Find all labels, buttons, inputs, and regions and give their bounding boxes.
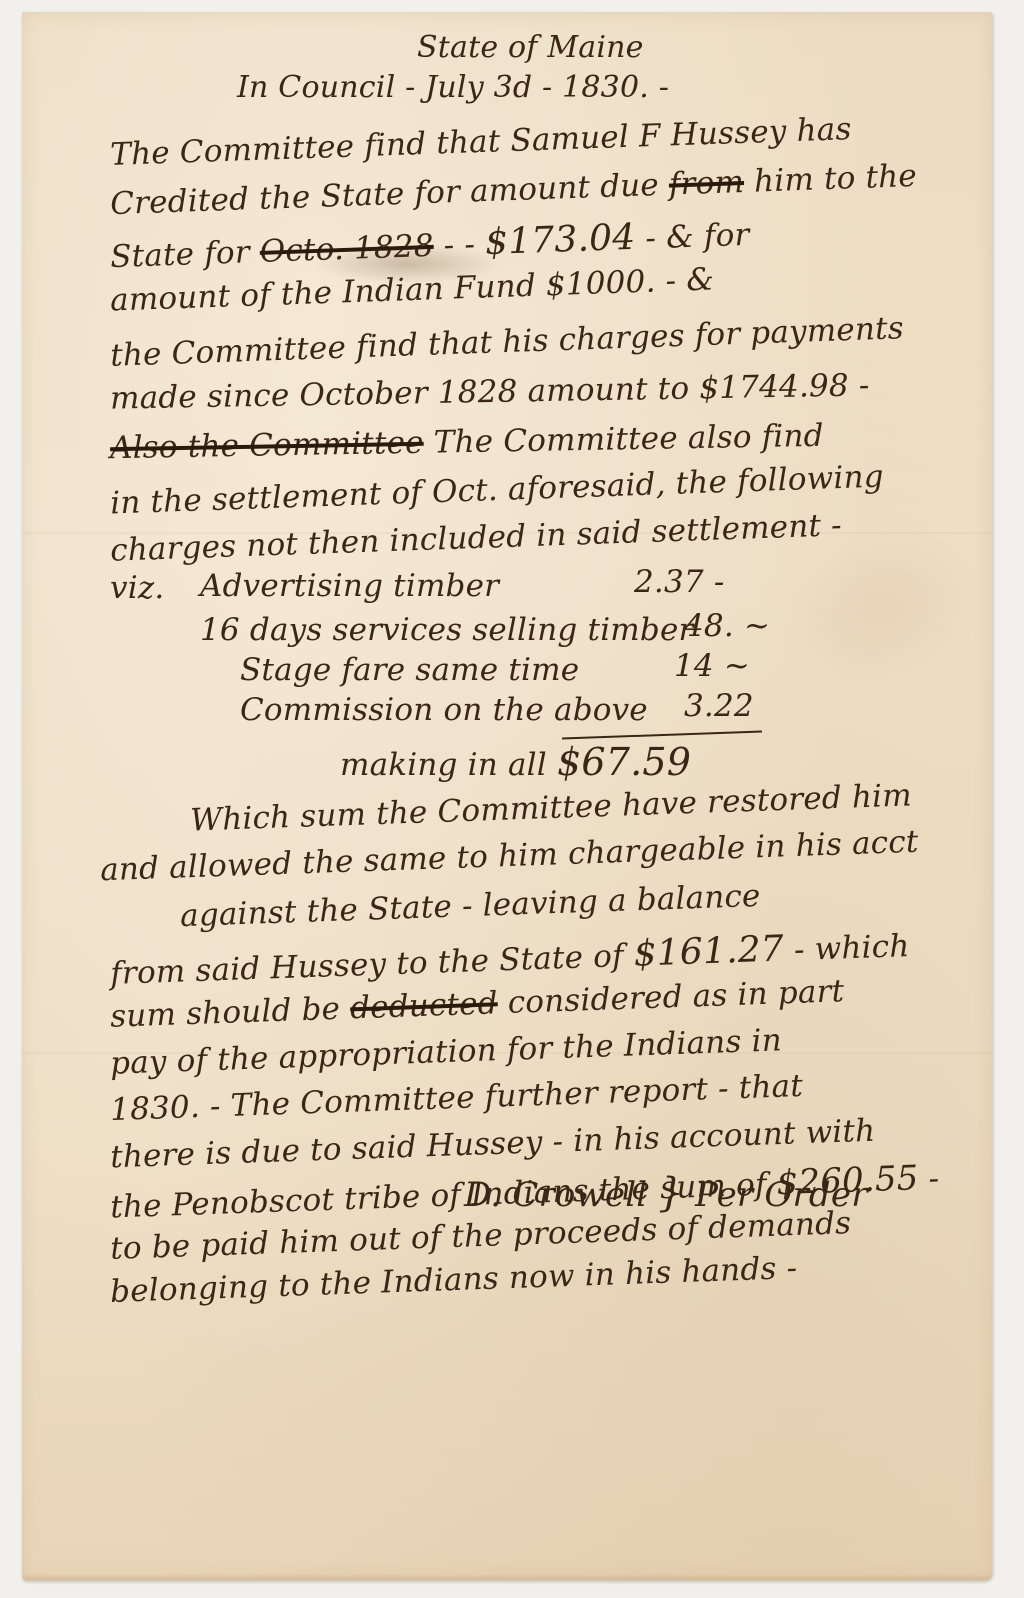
line-3-text: State for: [110, 234, 261, 275]
crossed-out-word: deducted: [350, 985, 499, 1026]
balance-amount: $161.27: [633, 928, 785, 974]
charge-item: Commission on the above: [240, 692, 648, 728]
charge-amount: 14 ~: [674, 648, 750, 684]
sum-rule: [562, 731, 762, 740]
heading-council-date: In Council - July 3d - 1830. -: [237, 70, 669, 105]
charge-amount: 48. ~: [684, 608, 770, 644]
signature-name: D. Crowell: [464, 1175, 647, 1215]
amount-173: $173.04: [484, 217, 636, 263]
charges-prefix: viz.: [110, 570, 164, 606]
crossed-out-phrase: Also the Committee: [110, 425, 424, 466]
body-line-7: Also the Committee The Committee also fi…: [110, 418, 824, 466]
charge-label: 16 days services selling timber: [200, 612, 694, 648]
body-line-5: the Committee find that his charges for …: [110, 310, 905, 374]
signature-brace: }: [658, 1170, 684, 1216]
charge-label: Stage fare same time: [240, 652, 579, 688]
charge-item: Advertising timber: [200, 568, 499, 604]
line-text: sum should be: [110, 990, 351, 1034]
line-text-end: -: [918, 1161, 940, 1198]
charge-amount: 2.37 -: [634, 564, 725, 600]
charge-label: Advertising timber: [200, 568, 499, 604]
line-2-text: Credited the State for amount due: [110, 167, 670, 222]
charge-item: Stage fare same time: [240, 652, 579, 688]
line-3-text-end: - & for: [635, 217, 750, 257]
signature-block: D. Crowell } Per Order: [464, 1170, 868, 1216]
heading-state: State of Maine: [417, 30, 644, 65]
charge-item: 16 days services selling timber: [200, 612, 694, 648]
charges-total: making in all $67.59: [340, 740, 691, 784]
line-2-text-end: him to the: [743, 158, 917, 200]
total-amount: $67.59: [557, 740, 691, 784]
body-line-6: made since October 1828 amount to $1744.…: [110, 367, 870, 416]
manuscript-page: State of Maine In Council - July 3d - 18…: [22, 12, 992, 1580]
charge-amount: 3.22: [684, 688, 754, 724]
closing-line-3: against the State - leaving a balance: [180, 878, 762, 934]
signature-note: Per Order: [695, 1175, 868, 1215]
line-text-end: - which: [783, 928, 910, 968]
charge-label: Commission on the above: [240, 692, 648, 728]
line-7-text: The Committee also find: [423, 418, 824, 461]
total-label: making in all: [340, 747, 547, 783]
crossed-out-word: from: [668, 164, 744, 203]
line-text-end: considered as in part: [497, 973, 845, 1021]
